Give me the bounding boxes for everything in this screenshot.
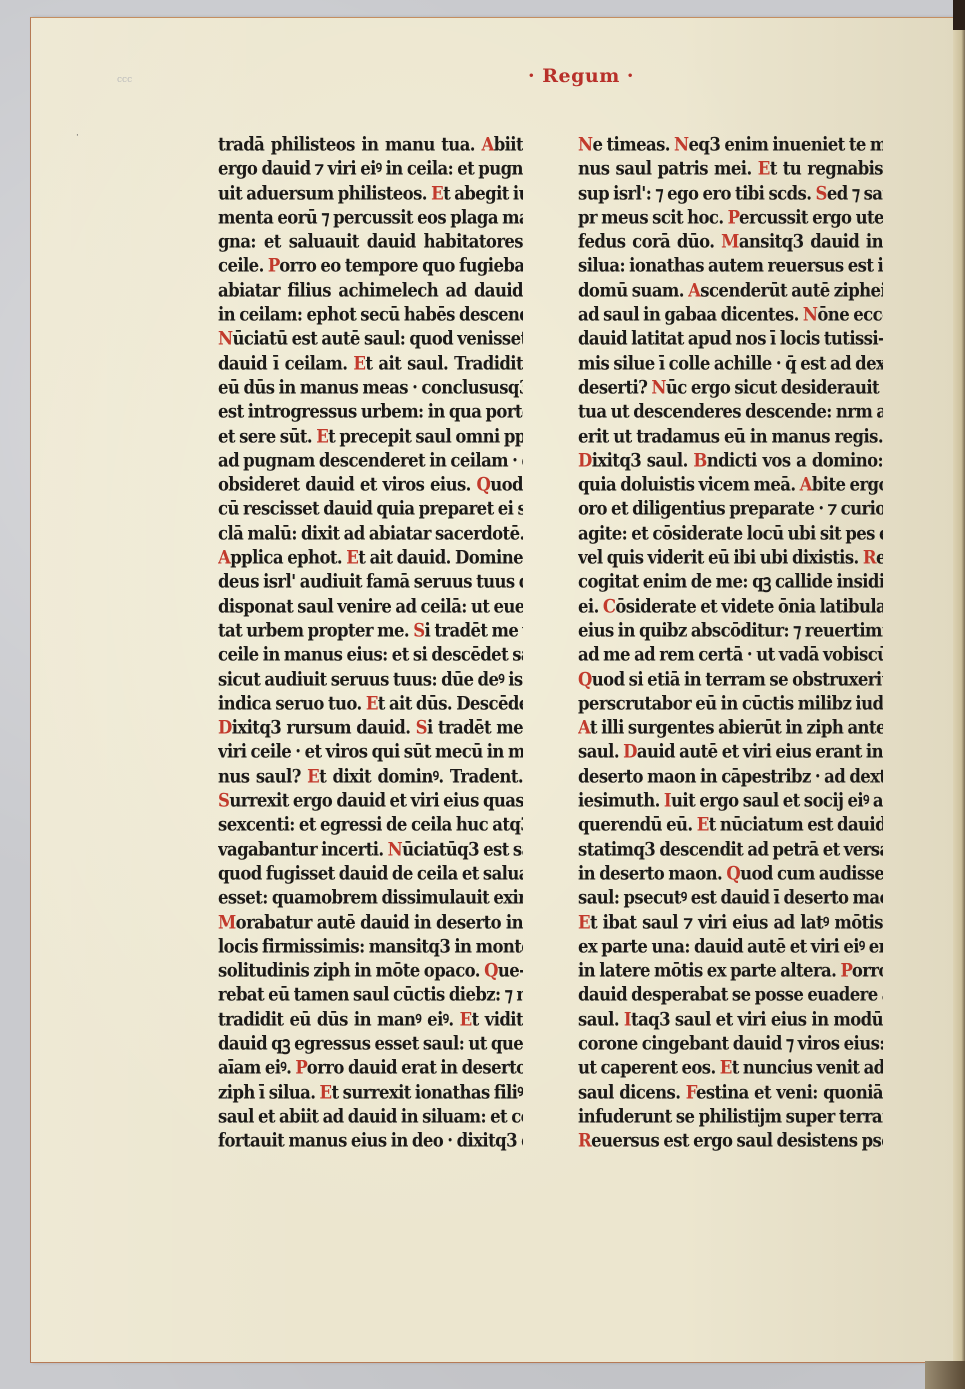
line-text: biit <box>494 134 523 155</box>
line-text: scenderūt autē ziphei <box>700 280 883 301</box>
text-line: ergo dauid ⁊ viri eiꝰ in ceila: et pugna… <box>218 156 523 183</box>
line-text: ad pugnam descenderet in ceilam · et <box>218 450 523 471</box>
marginal-mark: · <box>76 131 79 141</box>
line-text: tua ut descenderes descende: nrm autē <box>578 401 883 422</box>
text-line: mis silue ī colle achille · q̄ est ad de… <box>578 350 883 377</box>
rubricated-initial: S <box>416 717 427 738</box>
line-text: est introgressus urbem: in qua porte <box>218 401 523 422</box>
line-text: ad saul in gabaa dicentes. <box>578 304 803 325</box>
line-text: tat urbem propter me. <box>218 620 413 641</box>
text-line: ziph ī silua. Et surrexit ionathas filiꝰ <box>218 1079 523 1106</box>
line-text: agite: et cōsiderate locū ubi sit pes ei… <box>578 523 883 544</box>
line-text: silua: ionathas autem reuersus est in <box>578 255 883 276</box>
line-text: menta eorū ⁊ percussit eos plaga ma- <box>218 207 523 228</box>
text-line: ei. Cōsiderate et videte ōnia latibula <box>578 593 883 620</box>
rubricated-initial: E <box>307 766 319 787</box>
line-text: t ait saul. Tradidit <box>365 352 523 373</box>
rubricated-initial: D <box>218 717 232 738</box>
text-line: Et ibat saul ⁊ viri eius ad latꝰ mōtis <box>578 909 883 936</box>
line-text: ut caperent eos. <box>578 1057 720 1078</box>
line-text: sicut audiuit seruus tuus: dūe deꝰ isrl' <box>218 668 523 689</box>
line-text: t ait dauid. Domine <box>358 547 523 568</box>
line-text: ōsiderate et videte ōnia latibula <box>615 595 883 616</box>
line-text: sup isrl': ⁊ ego ero tibi scds. <box>578 182 816 203</box>
text-line: abiatar filius achimelech ad dauid <box>218 277 523 304</box>
text-line: agite: et cōsiderate locū ubi sit pes ei… <box>578 520 883 547</box>
line-text: ūciatū est autē saul: quod venisset <box>232 328 523 349</box>
rubricated-initial: S <box>413 620 424 641</box>
line-text: ziph ī silua. <box>218 1081 320 1102</box>
rubricated-initial: A <box>800 474 812 495</box>
rubricated-initial: M <box>721 231 739 252</box>
line-text: t ait dūs. Descēdet. <box>378 693 523 714</box>
text-line: erit ut tradamus eū in manus regis. <box>578 423 883 450</box>
text-line: aīam eiꝰ. Porro dauid erat in deserto <box>218 1055 523 1082</box>
text-line: ut caperent eos. Et nuncius venit ad <box>578 1055 883 1082</box>
line-text: ceile in manus eius: et si descēdet saul <box>218 644 523 665</box>
rubricated-initial: P <box>268 255 279 276</box>
line-text: saul. <box>578 1008 624 1029</box>
text-line: disponat saul venire ad ceilā: ut euer- <box>218 593 523 620</box>
line-text: estina et veni: quoniā <box>696 1081 883 1102</box>
rubricated-initial: Q <box>476 474 490 495</box>
line-text: cū rescisset dauid quia preparet ei saul <box>218 498 523 519</box>
line-text: orro <box>852 960 883 981</box>
line-text: viri ceile · et viros qui sūt mecū in ma… <box>218 741 523 762</box>
text-line: dauid ī ceilam. Et ait saul. Tradidit <box>218 350 523 377</box>
line-text: quia doluistis vicem meā. <box>578 474 800 495</box>
rubricated-initial: M <box>218 911 236 932</box>
line-text: ōne ecce <box>817 304 883 325</box>
text-line: deserto maon in cāpestribz · ad dexterā <box>578 763 883 790</box>
line-text: saul dicens. <box>578 1081 686 1102</box>
line-text: mis silue ī colle achille · q̄ est ad de… <box>578 352 883 373</box>
rubricated-initial: A <box>482 134 494 155</box>
text-line: nus saul patris mei. Et tu regnabis <box>578 156 883 183</box>
line-text: uod <box>490 474 523 495</box>
line-text: ergo dauid ⁊ viri eiꝰ in ceila: et pugna… <box>218 158 523 179</box>
line-text: dauid qꝫ egressus esset saul: ut querere… <box>218 1033 523 1054</box>
line-text: t surrexit ionathas filiꝰ <box>332 1081 523 1102</box>
line-text: uit aduersum philisteos. <box>218 182 431 203</box>
line-text: corone cingebant dauid ⁊ viros eius: <box>578 1033 883 1054</box>
line-text: pr meus scit hoc. <box>578 207 728 228</box>
text-line: cū rescisset dauid quia preparet ei saul <box>218 496 523 523</box>
text-line: cogitat enim de me: qꝫ callide insidiet <box>578 569 883 596</box>
line-text: vagabantur incerti. <box>218 838 388 859</box>
rubricated-initial: P <box>728 207 739 228</box>
line-text: aīam eiꝰ. <box>218 1057 295 1078</box>
text-line: ex parte una: dauid autē et viri eiꝰ erā… <box>578 933 883 960</box>
rubricated-initial: B <box>693 450 706 471</box>
line-text: ue- <box>498 960 523 981</box>
line-text: sexcenti: et egressi de ceila huc atq3 i… <box>218 814 523 835</box>
line-text: i tradēt me <box>427 717 523 738</box>
line-text: euersus est ergo saul desistens psequi <box>591 1130 883 1151</box>
rubricated-initial: N <box>388 838 402 859</box>
line-text: t nuncius venit ad <box>732 1057 883 1078</box>
rubricated-initial: E <box>720 1057 732 1078</box>
line-text: t vidit <box>472 1008 523 1029</box>
rubricated-initial: C <box>603 595 616 616</box>
line-text: ercussit ergo uterq3 <box>739 207 883 228</box>
page-edge-curl <box>953 18 965 1362</box>
rubricated-initial: F <box>686 1081 696 1102</box>
text-line: Nūciatū est autē saul: quod venisset <box>218 326 523 353</box>
rubricated-initial: D <box>623 741 637 762</box>
line-text: cogitat enim de me: qꝫ callide insidiet <box>578 571 883 592</box>
line-text: ed ⁊ saul <box>827 182 883 203</box>
line-text: infuderunt se philistijm super terram. <box>578 1106 883 1127</box>
line-text: t tu regnabis <box>770 158 883 179</box>
text-line: Dixitq3 saul. Bndicti vos a domino: <box>578 447 883 474</box>
rubricated-initial: A <box>578 717 590 738</box>
line-text: t abegit iu- <box>443 182 523 203</box>
line-text: ad me ad rem certā · ut vadā vobiscū. <box>578 644 883 665</box>
line-text: ex parte una: dauid autē et viri eiꝰ erā… <box>578 936 883 957</box>
line-text: ceile. <box>218 255 268 276</box>
text-line: et sere sūt. Et precepit saul omni pplo:… <box>218 423 523 450</box>
text-line: tua ut descenderes descende: nrm autē <box>578 399 883 426</box>
line-text: eius in quibz abscōditur: ⁊ reuertimini <box>578 620 883 641</box>
line-text: t precepit saul omni pplo: ut <box>328 425 523 446</box>
line-text: oro et diligentius preparate · ⁊ curiosi… <box>578 498 883 519</box>
line-text: dauid latitat apud nos ī locis tutissi- <box>578 328 883 349</box>
text-line: sexcenti: et egressi de ceila huc atq3 i… <box>218 812 523 839</box>
text-line: domū suam. Ascenderūt autē ziphei <box>578 277 883 304</box>
line-text: indica seruo tuo. <box>218 693 366 714</box>
line-text: in ceilam: ephot secū habēs descenderat. <box>218 304 523 325</box>
line-text: tradidit eū dūs in manꝰ eiꝰ. <box>218 1008 460 1029</box>
rubricated-initial: R <box>863 547 876 568</box>
line-text: abiatar filius achimelech ad dauid <box>218 280 523 301</box>
line-text: ansitq3 dauid in <box>739 231 883 252</box>
binding-shadow-bottom <box>925 1361 965 1389</box>
line-text: e- <box>876 547 883 568</box>
line-text: ūciatūq3 est saul <box>402 838 523 859</box>
line-text: t illi surgentes abierūt in ziph ante <box>590 717 883 738</box>
rubricated-initial: N <box>651 377 665 398</box>
running-head: · Regum · <box>528 65 634 87</box>
line-text: auid autē et viri eius erant in <box>637 741 883 762</box>
rubricated-initial: E <box>578 911 590 932</box>
rubricated-initial: S <box>218 790 229 811</box>
text-line: tradidit eū dūs in manꝰ eiꝰ. Et vidit <box>218 1006 523 1033</box>
line-text: in deserto maon. <box>578 863 726 884</box>
text-line: saul. Itaq3 saul et viri eius in modū <box>578 1006 883 1033</box>
line-text: uit ergo saul et socij eiꝰ ad <box>671 790 883 811</box>
line-text: tradā philisteos in manu tua. <box>218 134 482 155</box>
text-line: viri ceile · et viros qui sūt mecū in ma… <box>218 739 523 766</box>
rubricated-initial: E <box>320 1081 332 1102</box>
line-text: deserto maon in cāpestribz · ad dexterā <box>578 766 883 787</box>
text-line: oro et diligentius preparate · ⁊ curiosi… <box>578 496 883 523</box>
text-line: dauid desperabat se posse euadere a faci… <box>578 982 883 1009</box>
text-line: ad pugnam descenderet in ceilam · et <box>218 447 523 474</box>
line-text: ixitq3 saul. <box>592 450 694 471</box>
line-text: rebat eū tamen saul cūctis diebz: ⁊ nō <box>218 984 523 1005</box>
line-text: saul et abiit ad dauid in siluam: et cō- <box>218 1106 523 1127</box>
line-text: dauid desperabat se posse euadere a faci… <box>578 984 883 1005</box>
text-line: ceile. Porro eo tempore quo fugiebat <box>218 253 523 280</box>
text-line: ceile in manus eius: et si descēdet saul <box>218 642 523 669</box>
line-text: querendū eū. <box>578 814 697 835</box>
rubricated-initial: Q <box>484 960 498 981</box>
line-text: ixitq3 rursum dauid. <box>232 717 416 738</box>
line-text: fedus corā dūo. <box>578 231 721 252</box>
line-text: taq3 saul et viri eius in modū <box>631 1008 883 1029</box>
line-text: uod si etiā in terram se obstruxerit: <box>592 668 883 689</box>
rubricated-initial: N <box>218 328 232 349</box>
line-text: t dixit dominꝰ. Tradent. <box>319 766 523 787</box>
faint-folio-mark: ccc <box>117 75 132 85</box>
text-line: saul: psecutꝰ est dauid ī deserto maon. <box>578 885 883 912</box>
line-text: saul: psecutꝰ est dauid ī deserto maon. <box>578 887 883 908</box>
rubricated-initial: Q <box>578 668 592 689</box>
text-line: sup isrl': ⁊ ego ero tibi scds. Sed ⁊ sa… <box>578 180 883 207</box>
line-text: ndicti vos a domino: <box>707 450 883 471</box>
line-text: deus isrl' audiuit famā seruus tuus qꝫ <box>218 571 523 592</box>
rubricated-initial: A <box>688 280 700 301</box>
text-line: saul. Dauid autē et viri eius erant in <box>578 739 883 766</box>
rubricated-initial: E <box>366 693 378 714</box>
line-text: gna: et saluauit dauid habitatores <box>218 231 523 252</box>
text-line: nus saul? Et dixit dominꝰ. Tradent. <box>218 763 523 790</box>
text-line: Morabatur autē dauid in deserto in <box>218 909 523 936</box>
line-text: dauid ī ceilam. <box>218 352 353 373</box>
rubricated-initial: R <box>578 1130 591 1151</box>
text-line: querendū eū. Et nūciatum est dauid: <box>578 812 883 839</box>
rubricated-initial: S <box>816 182 827 203</box>
rubricated-initial: E <box>353 352 365 373</box>
rubricated-initial: N <box>674 134 688 155</box>
line-text: pplica ephot. <box>230 547 346 568</box>
text-line: fortauit manus eius in deo · dixitq3 ei. <box>218 1128 523 1155</box>
line-text: nus saul patris mei. <box>578 158 758 179</box>
line-text: iesimuth. <box>578 790 664 811</box>
line-text: orro dauid erat in deserto <box>307 1057 523 1078</box>
rubricated-initial: D <box>578 450 592 471</box>
line-text: saul. <box>578 741 623 762</box>
rubricated-initial: N <box>578 134 592 155</box>
binding-shadow-top <box>953 0 965 30</box>
line-text: clā malū: dixit ad abiatar sacerdotē. <box>218 523 523 544</box>
text-line: sicut audiuit seruus tuus: dūe deꝰ isrl' <box>218 666 523 693</box>
text-line: ad me ad rem certā · ut vadā vobiscū. <box>578 642 883 669</box>
text-line: saul dicens. Festina et veni: quoniā <box>578 1079 883 1106</box>
text-line: perscrutabor eū in cūctis milibz iuda. <box>578 690 883 717</box>
line-text: obsideret dauid et viros eius. <box>218 474 476 495</box>
rubricated-initial: P <box>840 960 851 981</box>
line-text: urrexit ergo dauid et viri eius quasi <box>229 790 523 811</box>
text-line: Reuersus est ergo saul desistens psequi <box>578 1128 883 1155</box>
line-text: in latere mōtis ex parte altera. <box>578 960 840 981</box>
rubricated-initial: Q <box>726 863 740 884</box>
text-line: locis firmissimis: mansitq3 in monte <box>218 933 523 960</box>
rubricated-initial: E <box>431 182 443 203</box>
line-text: ūc ergo sicut desiderauit aīa <box>666 377 883 398</box>
line-text: esset: quamobrem dissimulauit exire. <box>218 887 523 908</box>
text-line: deus isrl' audiuit famā seruus tuus qꝫ <box>218 569 523 596</box>
rubricated-initial: E <box>460 1008 472 1029</box>
rubricated-initial: A <box>218 547 230 568</box>
line-text: orabatur autē dauid in deserto in <box>236 911 523 932</box>
rubricated-initial: I <box>624 1008 631 1029</box>
line-text: orro eo tempore quo fugiebat <box>279 255 523 276</box>
text-column-left: tradā philisteos in manu tua. Abiitergo … <box>218 133 523 1153</box>
line-text: erit ut tradamus eū in manus regis. <box>578 425 883 446</box>
line-text: disponat saul venire ad ceilā: ut euer- <box>218 595 523 616</box>
line-text: vel quis viderit eū ibi ubi dixistis. <box>578 547 863 568</box>
text-line: vagabantur incerti. Nūciatūq3 est saul <box>218 836 523 863</box>
line-text: et sere sūt. <box>218 425 316 446</box>
rubricated-initial: N <box>803 304 817 325</box>
line-text: perscrutabor eū in cūctis milibz iuda. <box>578 693 883 714</box>
text-line: uit aduersum philisteos. Et abegit iu- <box>218 180 523 207</box>
rubricated-initial: P <box>295 1057 306 1078</box>
line-text: eq3 enim inueniet te ma- <box>689 134 883 155</box>
line-text: quod fugisset dauid de ceila et saluatꝰ <box>218 863 523 884</box>
text-line: statimq3 descendit ad petrā et versabat <box>578 836 883 863</box>
rubricated-initial: I <box>664 790 671 811</box>
rubricated-initial: E <box>697 814 709 835</box>
text-line: est introgressus urbem: in qua porte <box>218 399 523 426</box>
line-text: statimq3 descendit ad petrā et versabat <box>578 838 883 859</box>
line-text: nus saul? <box>218 766 307 787</box>
text-line: esset: quamobrem dissimulauit exire. <box>218 885 523 912</box>
line-text: i tradēt me viri <box>425 620 523 641</box>
line-text: e timeas. <box>592 134 674 155</box>
text-line: silua: ionathas autem reuersus est in <box>578 253 883 280</box>
line-text: t ibat saul ⁊ viri eius ad latꝰ mōtis <box>590 911 883 932</box>
text-line: dauid latitat apud nos ī locis tutissi- <box>578 326 883 353</box>
line-text: bite ergo <box>812 474 883 495</box>
line-text: ei. <box>578 595 603 616</box>
text-column-right: Ne timeas. Neq3 enim inueniet te ma-nus … <box>578 133 883 1153</box>
text-line: clā malū: dixit ad abiatar sacerdotē. <box>218 520 523 547</box>
line-text: solitudinis ziph in mōte opaco. <box>218 960 484 981</box>
text-line: rebat eū tamen saul cūctis diebz: ⁊ nō <box>218 982 523 1009</box>
rubricated-initial: E <box>316 425 328 446</box>
line-text: deserti? <box>578 377 651 398</box>
text-line: indica seruo tuo. Et ait dūs. Descēdet. <box>218 690 523 717</box>
line-text: uod cum audisset <box>740 863 883 884</box>
rubricated-initial: E <box>346 547 358 568</box>
line-text: eū dūs in manus meas · conclususq3 <box>218 377 523 398</box>
line-text: t nūciatum est dauid: <box>709 814 883 835</box>
line-text: fortauit manus eius in deo · dixitq3 ei. <box>218 1130 523 1151</box>
text-line: Quod si etiā in terram se obstruxerit: <box>578 666 883 693</box>
line-text: domū suam. <box>578 280 688 301</box>
line-text: locis firmissimis: mansitq3 in monte <box>218 936 523 957</box>
rubricated-initial: E <box>758 158 770 179</box>
